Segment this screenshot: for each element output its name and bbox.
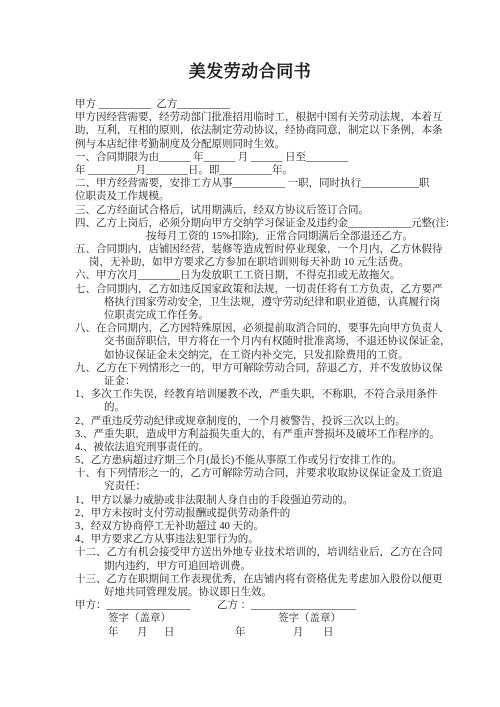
party-a-year-label: 年: [108, 626, 119, 639]
contract-line: 助，互利，互相的原则，依法制定劳动协议，经协商同意，制定以下条例，本条: [75, 124, 440, 137]
document-title: 美发劳动合同书: [0, 63, 500, 82]
contract-line: 3.、严重失职，造成甲方利益损失重大的，有严重声誉损坏及破坏工作程序的。: [75, 428, 440, 441]
signature-seal-row: 签字（盖章） 签字（盖章）: [75, 612, 440, 625]
party-a-month-label: 月: [137, 626, 148, 639]
party-b-year-label: 年: [235, 626, 246, 639]
contract-line: 1、甲方以暴力威胁或非法限制人身自由的手段强迫劳动的。: [75, 494, 440, 507]
contract-line: 5、乙方患病超过疗期三个月(最长)不能从事原工作或另行安排工作的。: [75, 454, 440, 467]
contract-line: 八、在合同期内，乙方因特殊原因，必须提前取消合同的，要事先向甲方负责人: [75, 322, 440, 335]
party-b-line: ____________________: [251, 600, 356, 611]
contract-line: 4.、被依法追究刑事责任的。: [75, 441, 440, 454]
contract-line: 十、有下列情形之一的，乙方可解除劳动合同，并要求收取协议保证金及工资追: [75, 467, 440, 480]
contract-line: 好地共同管理发展。协议即日生效。: [104, 586, 440, 599]
contract-line: 的。: [104, 401, 440, 414]
contract-line: 一、合同期限为由______ 年______ 月 ______ 日至______…: [75, 151, 440, 164]
contract-line: 如协议保证金未交纳完，在工资内补交完，只发扣除费用的工资。: [104, 349, 440, 362]
signature-date-row: 年 月 日 年 月 日: [75, 626, 440, 639]
contract-line: 2、甲方未按时支付劳动报酬或提供劳动条件的: [75, 507, 440, 520]
party-b-day-label: 日: [323, 626, 334, 639]
contract-line: 位职责及工作规模。: [75, 190, 440, 203]
contract-line: 例与本店纪律考勤制度及分配原则同时生效。: [75, 138, 440, 151]
contract-line: 格执行国家劳动安全，卫生法规，遵守劳动纪律和职业道德，认真履行岗: [104, 296, 440, 309]
contract-line: 甲方因经营需要，经劳动部门批准招用临时工，根据中国有关劳动法规，本着互: [75, 111, 440, 124]
party-b-signature-blank: 乙方 ：____________________: [217, 599, 356, 612]
party-a-day-label: 日: [164, 626, 175, 639]
contract-line: 证金：: [104, 375, 440, 388]
contract-line: 1、多次工作失误，经教育培训屡教不改，严重失职，不称职，不符合录用条件: [75, 388, 440, 401]
contract-line: 十二、乙方有机会接受甲方送出外地专业技术培训的，培训结业后，乙方在合同: [75, 546, 440, 559]
signature-party-row: 甲方：________________ 乙方 ：________________…: [75, 599, 440, 612]
contract-line: 九、乙方在下列情形之一的，甲方可解除劳动合同，辞退乙方，并不发放协议保: [75, 362, 440, 375]
contract-line: 四、乙方上岗后，必须分期向甲方交纳学习保证金及违约金____________元整…: [75, 217, 440, 230]
party-b-seal-label: 签字（盖章）: [278, 612, 341, 625]
party-b-label: 乙方 ：: [217, 600, 251, 611]
contract-line: 4、甲方要求乙方从事违法犯罪行为的。: [75, 533, 440, 546]
contract-line: 期内违约，甲方可追回培训费。: [104, 560, 440, 573]
party-a-line: ________________: [107, 600, 191, 611]
contract-line: 3、经双方协商停工无补助超过 40 天的。: [75, 520, 440, 533]
document-body: 甲方 __________ 乙方__________甲方因经营需要，经劳动部门批…: [75, 98, 440, 639]
contract-lines: 甲方 __________ 乙方__________甲方因经营需要，经劳动部门批…: [75, 98, 440, 599]
contract-line: 年 _________月________日。即__________年。: [75, 164, 440, 177]
contract-line: 2、严重违反劳动纪律或规章制度的，一个月被警告，投诉三次以上的。: [75, 415, 440, 428]
contract-line: 按每月工资的 15%扣除)，正常合同期满后全部退还乙方。: [146, 230, 440, 243]
contract-line: 交书面辞职信，甲方将在一个月内有权随时批准离场，不退还协议保证金，: [104, 335, 440, 348]
party-a-label: 甲方：: [75, 600, 107, 611]
contract-line: 二、甲方经营需要，安排工方从事__________ 一职，同时执行_______…: [75, 177, 440, 190]
contract-line: 十三、乙方在职期间工作表现优秀，在店铺内将有资格优先考虑加入股份以便更: [75, 573, 440, 586]
contract-line: 三、乙方经面试合格后，试用期满后，经双方协议后签订合同。: [75, 204, 440, 217]
party-a-signature-blank: 甲方：________________: [75, 599, 191, 612]
contract-line: 岗，无补助，如甲方要求乙方参加在职培训则每天补助 10 元生活费。: [89, 256, 440, 269]
contract-line: 甲方 __________ 乙方__________: [75, 98, 440, 111]
contract-document: 美发劳动合同书 甲方 __________ 乙方__________甲方因经营需…: [0, 0, 500, 707]
contract-line: 位职责完成工作任务。: [104, 309, 440, 322]
contract-line: 究责任：: [104, 480, 440, 493]
party-a-seal-label: 签字（盖章）: [108, 612, 171, 625]
contract-line: 五、合同期内，店铺因经营，装修等造成暂时停业现象，一个月内，乙方休假待: [75, 243, 440, 256]
contract-line: 六、甲方次月________日为发放职工工资日期，不得克扣或无故拖欠。: [75, 269, 440, 282]
contract-line: 七、合同期内，乙方如违反国家政策和法规，一切责任将有工方负责，乙方要严: [75, 283, 440, 296]
party-b-month-label: 月: [293, 626, 304, 639]
